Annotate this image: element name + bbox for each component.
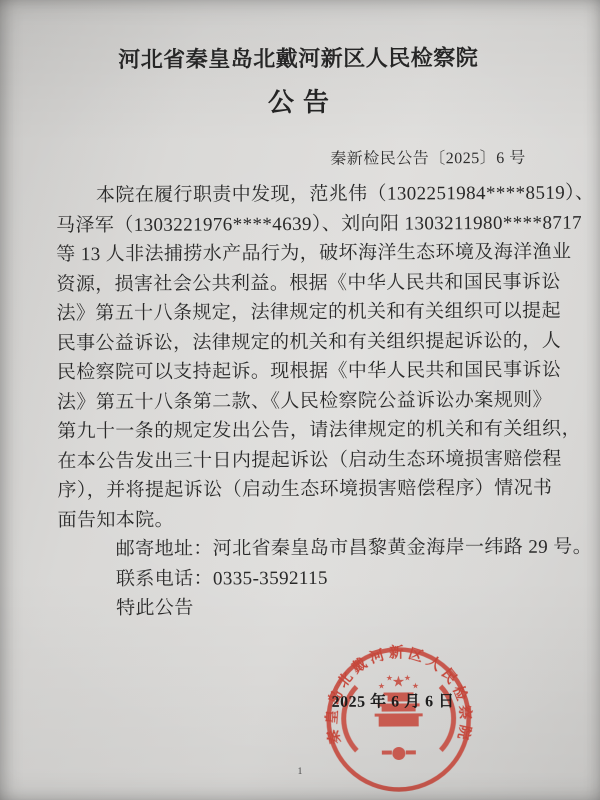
body-line: 民检察院可以支持起诉。现根据《中华人民共和国民事诉讼 (57, 356, 543, 388)
body-line: 第九十一条的规定发出公告，请法律规定的机关和有关组织， (57, 415, 543, 447)
announcement-body: 本院在履行职责中发现，范兆伟（1302251984****8519）、马泽军（1… (0, 178, 600, 624)
doc-number: 秦新检民公告〔2025〕6 号 (0, 144, 599, 170)
body-line: 序），并将提起诉讼（启动生态环境损害赔偿程序）情况书 (57, 474, 543, 506)
body-line: 联系电话：0335-3592115 (58, 562, 544, 594)
org-title: 河北省秦皇岛北戴河新区人民检察院 (0, 40, 598, 74)
body-line: 法》第五十八条第二款、《人民检察院公益诉讼办案规则》 (57, 385, 543, 417)
national-emblem-icon: ★ ★ ★ ★ ★ (343, 673, 453, 760)
svg-text:★: ★ (404, 673, 411, 682)
body-line: 民事公益诉讼，法律规定的机关和有关组织提起诉讼的，人 (57, 326, 543, 358)
photographed-document: 河北省秦皇岛北戴河新区人民检察院 公告 秦新检民公告〔2025〕6 号 本院在履… (0, 0, 600, 800)
svg-text:★: ★ (386, 674, 393, 683)
page-number: 1 (290, 766, 310, 777)
official-seal: 秦皇岛北戴河新区人民检察院 ★ ★ ★ ★ ★ (323, 644, 474, 795)
body-line: 邮寄地址：河北省秦皇岛市昌黎黄金海岸一纬路 29 号。 (58, 533, 544, 565)
body-line: 资源，损害社会公共利益。根据《中华人民共和国民事诉讼 (56, 267, 542, 299)
body-line: 法》第五十八条规定，法律规定的机关和有关组织可以提起 (56, 297, 542, 329)
body-line: 特此公告 (58, 592, 544, 624)
body-line: 本院在履行职责中发现，范兆伟（1302251984****8519）、 (56, 179, 542, 211)
body-line: 等 13 人非法捕捞水产品行为，破坏海洋生态环境及海洋渔业 (56, 238, 542, 270)
doc-type-title: 公告 (0, 80, 599, 120)
announcement-page: 河北省秦皇岛北戴河新区人民检察院 公告 秦新检民公告〔2025〕6 号 本院在履… (0, 0, 600, 800)
body-line: 面告知本院。 (58, 503, 544, 535)
seal-date: 2025 年 6 月 6 日 (332, 688, 492, 712)
body-line: 在本公告发出三十日内提起诉讼（启动生态环境损害赔偿程 (57, 444, 543, 476)
body-line: 马泽军（1303221976****4639）、刘向阳 1303211980**… (56, 208, 542, 240)
